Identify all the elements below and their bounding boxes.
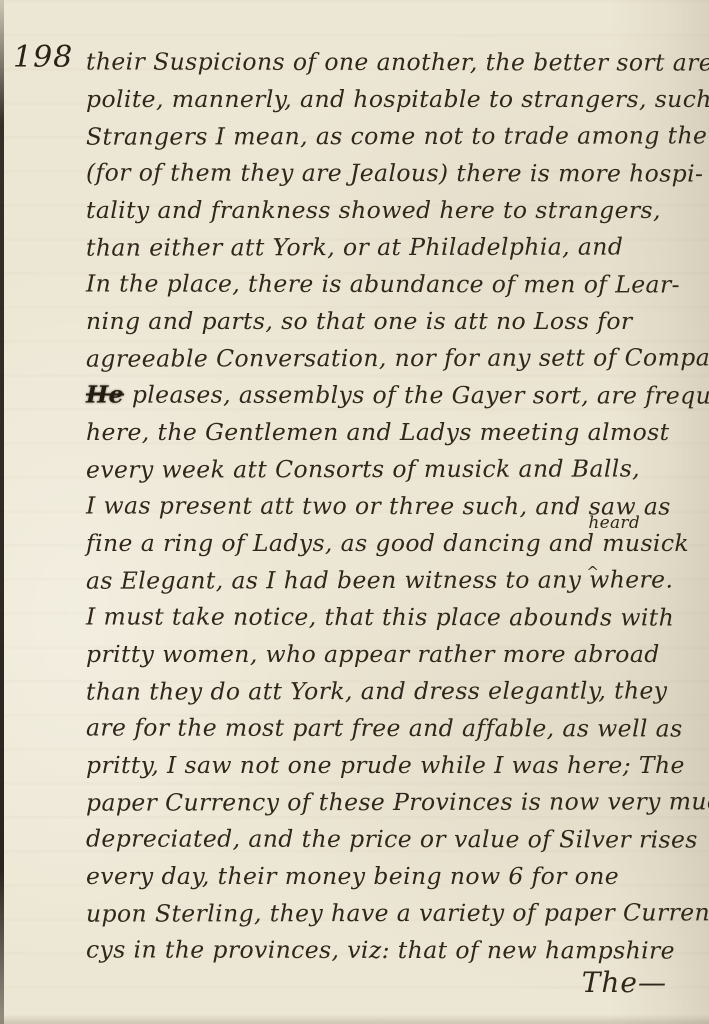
line-text: are for the most part free and affable, … [86, 713, 683, 742]
manuscript-line: He pleases, assemblys of the Gayer sort,… [86, 376, 709, 414]
line-text: pleases, assemblys of the Gayer sort, ar… [124, 381, 709, 410]
line-text: pritty, I saw not one prude while I was … [86, 751, 685, 779]
manuscript-page: 198 their Suspicions of one another, the… [0, 0, 709, 1024]
manuscript-line: polite, mannerly, and hospitable to stra… [86, 81, 709, 118]
manuscript-line: agreeable Conversation, nor for any sett… [86, 339, 709, 377]
manuscript-line: every day, their money being now 6 for o… [86, 858, 709, 895]
line-text: here, the Gentlemen and Ladys meeting al… [86, 418, 669, 446]
line-text: tality and frankness showed here to stra… [86, 196, 661, 224]
manuscript-line: (for of them they are Jealous) there is … [86, 154, 709, 192]
manuscript-line: fine a ring of Ladys, as good dancing an… [86, 525, 709, 562]
manuscript-text: their Suspicions of one another, the bet… [86, 44, 709, 969]
manuscript-line: In the place, there is abundance of men … [86, 265, 709, 303]
manuscript-line: are for the most part free and affable, … [86, 709, 709, 747]
line-text: agreeable Conversation, nor for any sett… [86, 343, 709, 372]
manuscript-line: their Suspicions of one another, the bet… [86, 43, 709, 81]
line-text: (for of them they are Jealous) there is … [86, 158, 703, 187]
page-bottom-shadow [0, 1014, 709, 1024]
line-text: cys in the provinces, viz: that of new h… [86, 935, 675, 964]
line-text: fine a ring of Ladys, as good dancing an… [86, 529, 594, 557]
line-text: polite, mannerly, and hospitable to stra… [86, 85, 709, 113]
binding-edge [0, 0, 4, 1024]
manuscript-line: pritty women, who appear rather more abr… [86, 636, 709, 673]
line-text: Strangers I mean, as come not to trade a… [86, 121, 709, 150]
line-text: than either att York, or at Philadelphia… [86, 233, 623, 262]
line-text: than they do att York, and dress elegant… [86, 676, 668, 705]
manuscript-line: cys in the provinces, viz: that of new h… [86, 931, 709, 969]
line-text: ning and parts, so that one is att no Lo… [86, 307, 633, 335]
line-text: musick [594, 529, 689, 557]
line-text: paper Currency of these Provinces is now… [86, 787, 709, 816]
manuscript-line: every week att Consorts of musick and Ba… [86, 450, 709, 488]
line-text: upon Sterling, they have a variety of pa… [86, 898, 709, 927]
manuscript-line: as Elegant, as I had been witness to any… [86, 561, 709, 599]
page-number: 198 [13, 40, 73, 75]
manuscript-line: than they do att York, and dress elegant… [86, 672, 709, 710]
manuscript-line: tality and frankness showed here to stra… [86, 192, 709, 229]
manuscript-line: ning and parts, so that one is att no Lo… [86, 303, 709, 340]
manuscript-line: depreciated, and the price or value of S… [86, 820, 709, 858]
manuscript-line: than either att York, or at Philadelphia… [86, 228, 709, 266]
line-text: In the place, there is abundance of men … [86, 269, 680, 298]
line-text: every week att Consorts of musick and Ba… [86, 454, 640, 483]
line-text: every day, their money being now 6 for o… [86, 862, 619, 890]
manuscript-line: Strangers I mean, as come not to trade a… [86, 117, 709, 155]
struck-word: He [86, 380, 124, 408]
manuscript-line: I must take notice, that this place abou… [86, 598, 709, 636]
line-text: I was present att two or three such, and… [86, 491, 671, 520]
line-text: their Suspicions of one another, the bet… [86, 47, 709, 76]
line-text: depreciated, and the price or value of S… [86, 824, 698, 853]
manuscript-line: paper Currency of these Provinces is now… [86, 783, 709, 821]
manuscript-line: upon Sterling, they have a variety of pa… [86, 894, 709, 932]
line-text: pritty women, who appear rather more abr… [86, 640, 660, 668]
manuscript-line: here, the Gentlemen and Ladys meeting al… [86, 414, 709, 451]
line-text: as Elegant, as I had been witness to any… [86, 565, 673, 594]
line-text: I must take notice, that this place abou… [86, 602, 674, 631]
inserted-word-text: heard [588, 515, 640, 532]
catchword: The— [582, 966, 667, 999]
manuscript-line: pritty, I saw not one prude while I was … [86, 747, 709, 784]
